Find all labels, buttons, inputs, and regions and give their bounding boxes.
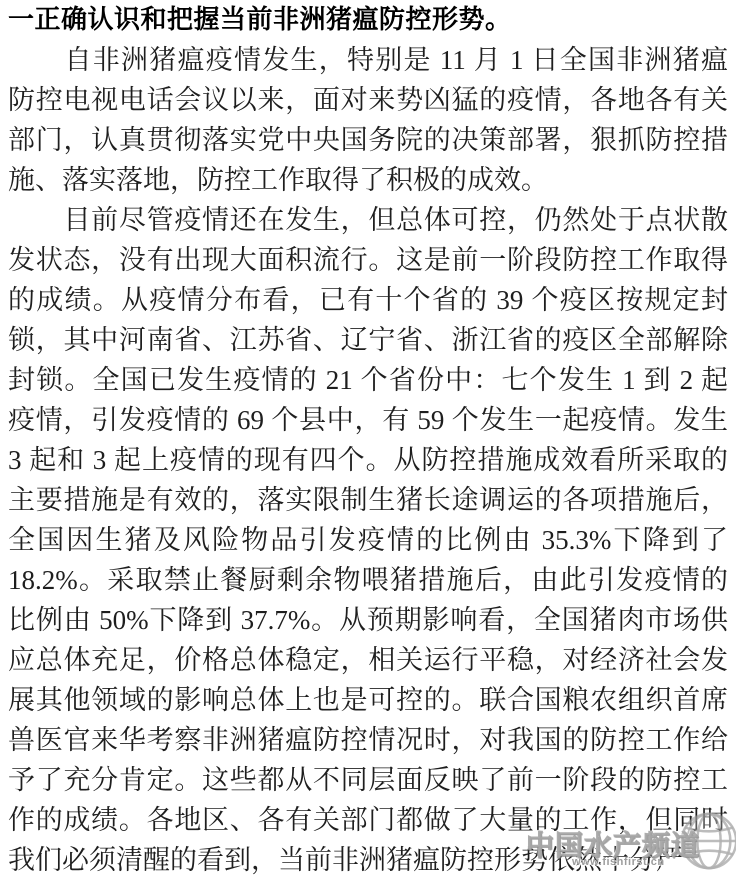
text-line: 发状态，没有出现大面积流行。这是前一阶段防控工作取得 — [8, 240, 728, 280]
text-line: 予了充分肯定。这些都从不同层面反映了前一阶段的防控工 — [8, 760, 728, 800]
text-line: 我们必须清醒的看到，当前非洲猪瘟防控形势依然十分严 — [8, 840, 728, 880]
text-line: 兽医官来华考察非洲猪瘟防控情况时，对我国的防控工作给 — [8, 720, 728, 760]
text-line: 18.2%。采取禁止餐厨剩余物喂猪措施后，由此引发疫情的 — [8, 560, 728, 600]
text-line: 比例由 50%下降到 37.7%。从预期影响看，全国猪肉市场供 — [8, 600, 728, 640]
page-title: 一正确认识和把握当前非洲猪瘟防控形势。 — [8, 0, 728, 40]
text-line: 封锁。全国已发生疫情的 21 个省份中：七个发生 1 到 2 起 — [8, 360, 728, 400]
text-line: 的成绩。从疫情分布看，已有十个省的 39 个疫区按规定封 — [8, 280, 728, 320]
text-line: 作的成绩。各地区、各有关部门都做了大量的工作，但同时 — [8, 800, 728, 840]
text-line: 主要措施是有效的，落实限制生猪长途调运的各项措施后， — [8, 480, 728, 520]
text-line: 3 起和 3 起上疫情的现有四个。从防控措施成效看所采取的 — [8, 440, 728, 480]
text-line: 应总体充足，价格总体稳定，相关运行平稳，对经济社会发 — [8, 640, 728, 680]
text-line: 自非洲猪瘟疫情发生，特别是 11 月 1 日全国非洲猪瘟 — [8, 40, 728, 80]
text-line: 防控电视电话会议以来，面对来势凶猛的疫情，各地各有关 — [8, 80, 728, 120]
text-line: 疫情，引发疫情的 69 个县中，有 59 个发生一起疫情。发生 — [8, 400, 728, 440]
document-page: 一正确认识和把握当前非洲猪瘟防控形势。 自非洲猪瘟疫情发生，特别是 11 月 1… — [0, 0, 736, 880]
text-line: 全国因生猪及风险物品引发疫情的比例由 35.3%下降到了 — [8, 520, 728, 560]
text-line: 部门，认真贯彻落实党中央国务院的决策部署，狠抓防控措 — [8, 120, 728, 160]
document-body: 自非洲猪瘟疫情发生，特别是 11 月 1 日全国非洲猪瘟防控电视电话会议以来，面… — [8, 40, 728, 880]
text-line: 施、落实落地，防控工作取得了积极的成效。 — [8, 160, 728, 200]
paragraph: 目前尽管疫情还在发生，但总体可控，仍然处于点状散发状态，没有出现大面积流行。这是… — [8, 200, 728, 880]
paragraph: 自非洲猪瘟疫情发生，特别是 11 月 1 日全国非洲猪瘟防控电视电话会议以来，面… — [8, 40, 728, 200]
text-line: 锁，其中河南省、江苏省、辽宁省、浙江省的疫区全部解除 — [8, 320, 728, 360]
document-screenshot: { "document": { "title": "一正确认识和把握当前非洲猪瘟… — [0, 0, 736, 880]
text-line: 目前尽管疫情还在发生，但总体可控，仍然处于点状散 — [8, 200, 728, 240]
text-line: 展其他领域的影响总体上也是可控的。联合国粮农组织首席 — [8, 680, 728, 720]
